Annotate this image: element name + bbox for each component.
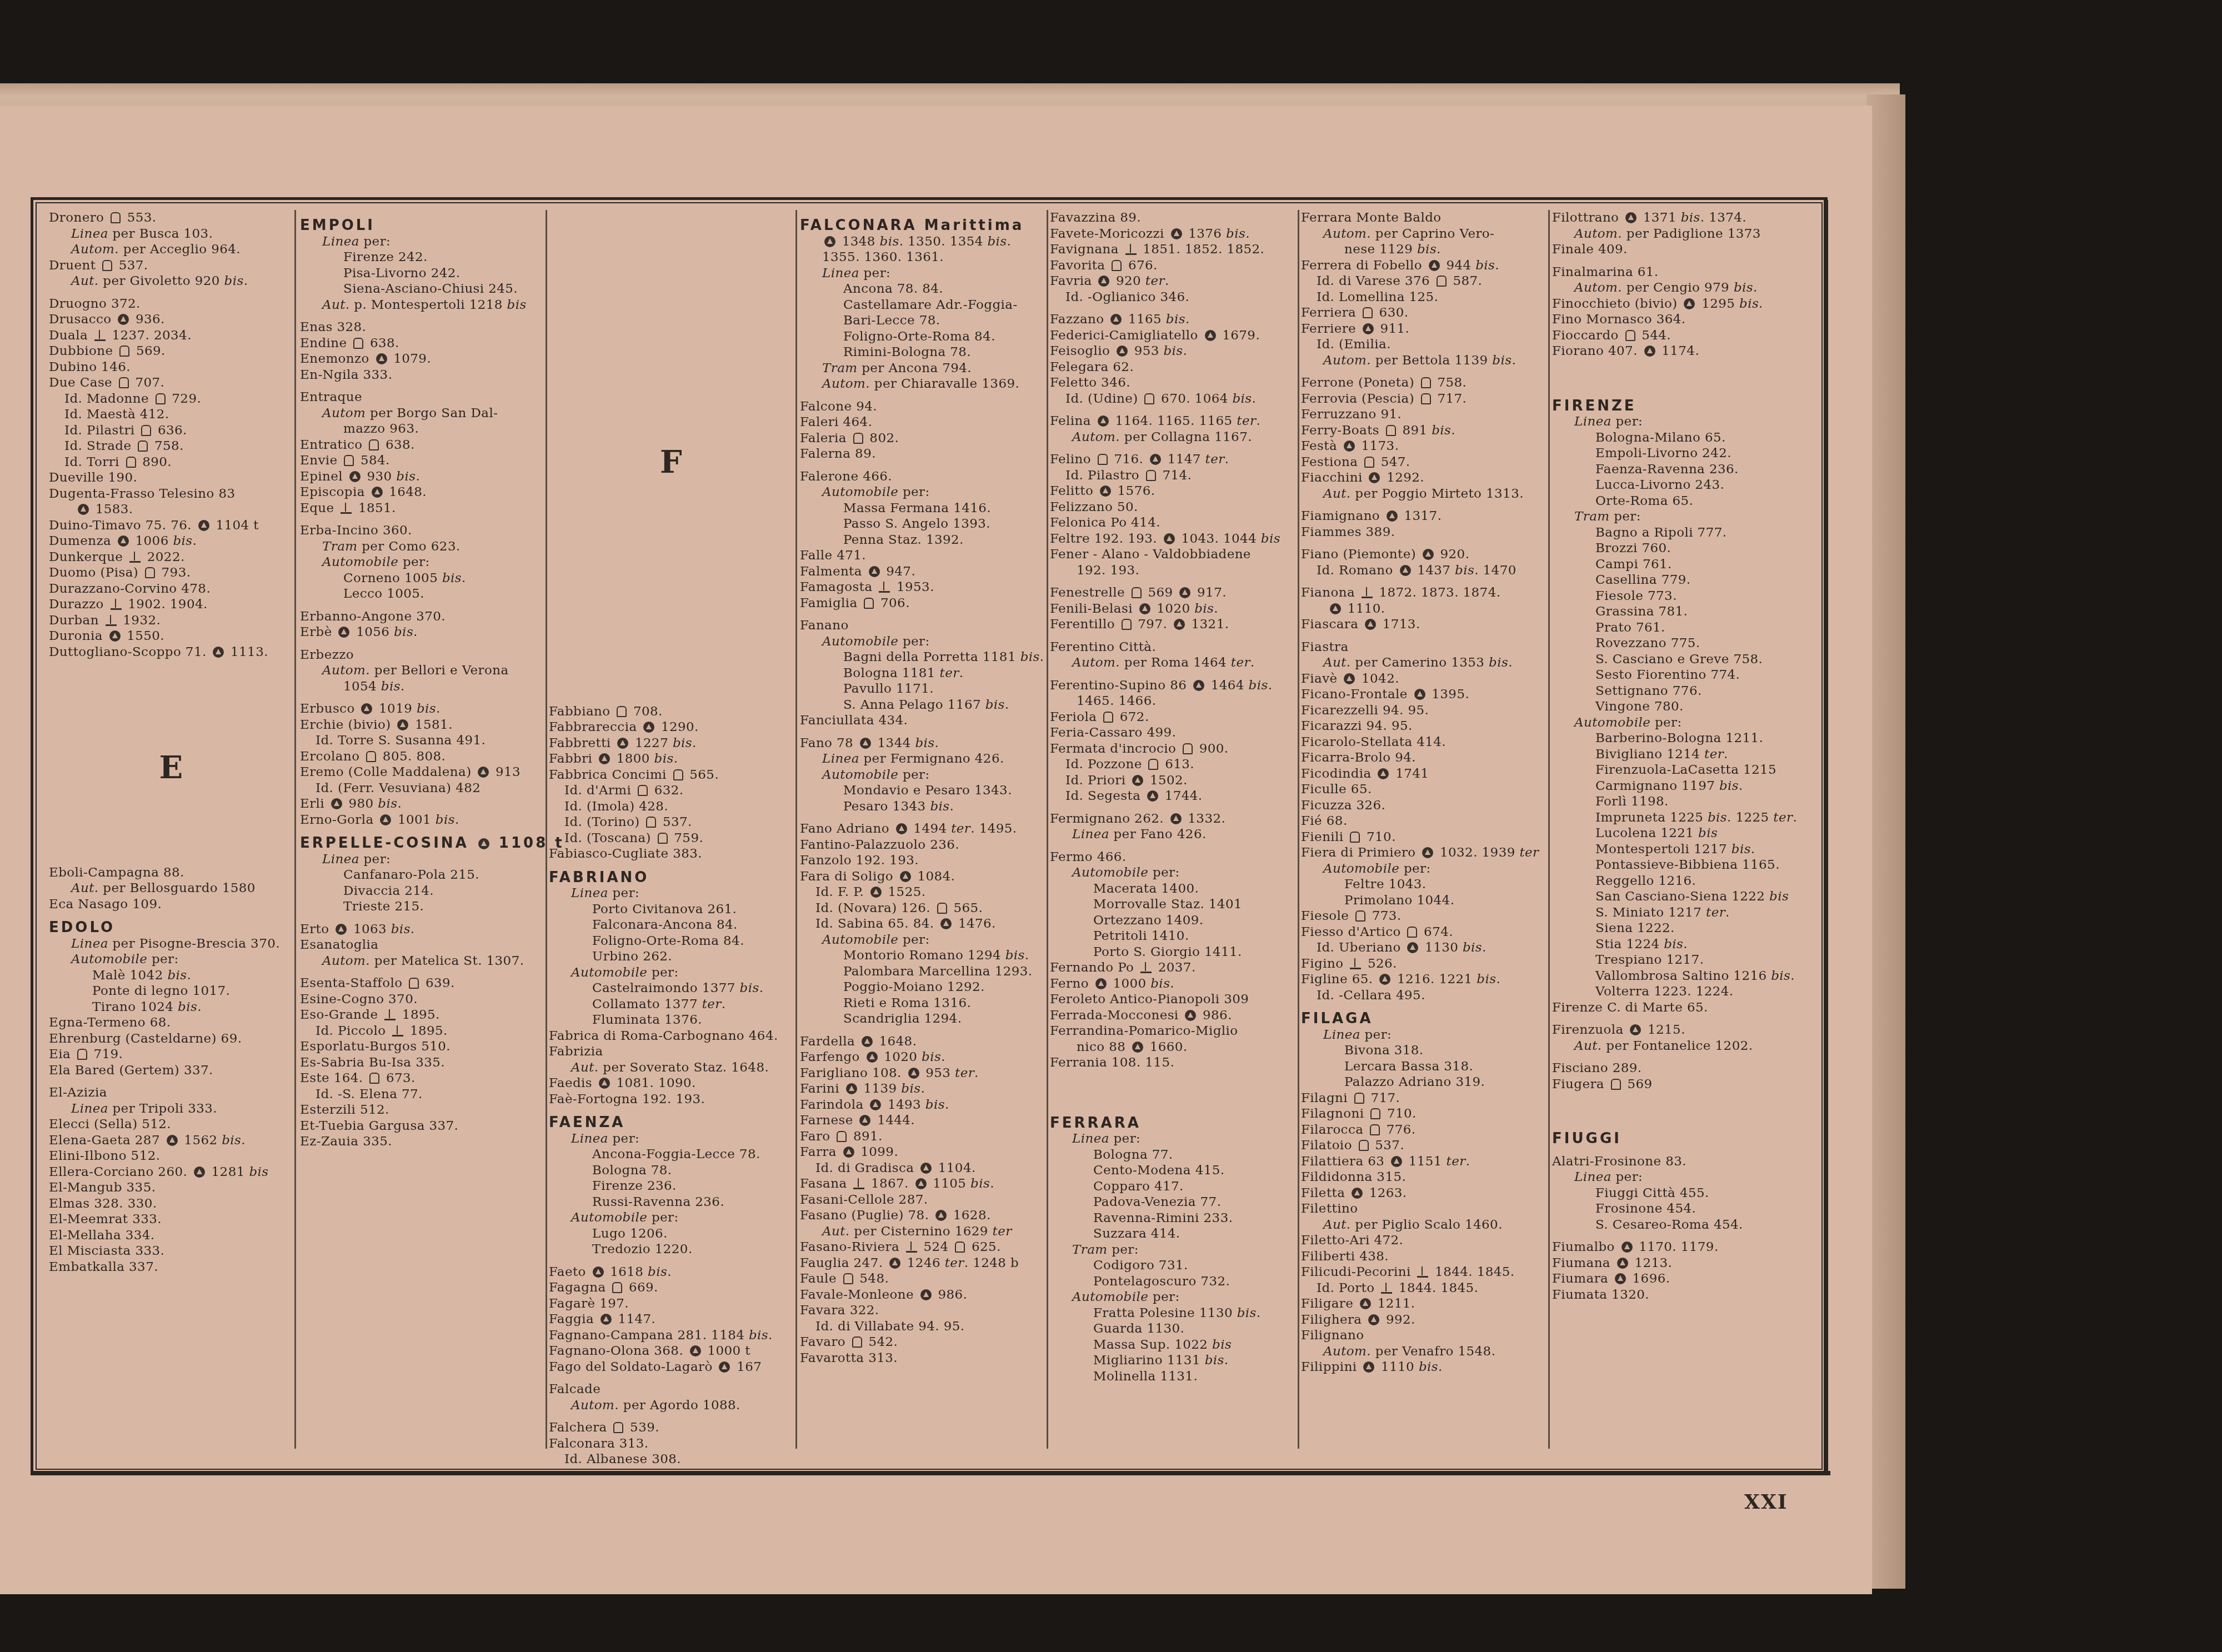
tram-stop-icon <box>119 346 129 357</box>
automobile-stop-icon <box>920 1289 932 1300</box>
ship-anchor-icon <box>1350 958 1361 969</box>
automobile-stop-icon <box>1368 1314 1379 1325</box>
index-entry: Elena-Gaeta 287 1562 bis. <box>49 1133 293 1149</box>
index-entry: Rieti e Roma 1316. <box>800 995 1044 1012</box>
ship-anchor-icon <box>906 1241 917 1253</box>
index-entry: Ferrada-Mocconesi 986. <box>1050 1008 1294 1024</box>
automobile-stop-icon <box>1344 673 1355 684</box>
index-entry: Dumenza 1006 bis. <box>49 533 293 549</box>
index-entry: Tram per Como 623. <box>300 539 544 555</box>
index-entry: Autom. per Padiglione 1373 <box>1552 226 1813 242</box>
index-entry: Linea per: <box>549 885 793 902</box>
index-entry: Epinel 930 bis. <box>300 469 544 485</box>
page-right-edge <box>1866 94 1905 1589</box>
index-entry: Prato 761. <box>1552 620 1813 636</box>
automobile-stop-icon <box>915 1178 927 1189</box>
index-entry: Id. Romano 1437 bis. 1470 <box>1301 563 1545 579</box>
index-entry: Padova-Venezia 77. <box>1050 1194 1294 1210</box>
tram-stop-icon <box>126 457 136 468</box>
index-entry: Settignano 776. <box>1552 683 1813 699</box>
index-entry: Lugo 1206. <box>549 1226 793 1242</box>
index-entry: Ficano-Frontale 1395. <box>1301 687 1545 703</box>
index-entry: Faro 891. <box>800 1129 1044 1145</box>
index-entry: Id. d'Armi 632. <box>549 783 793 799</box>
index-entry: Id. (Novara) 126. 565. <box>800 900 1044 917</box>
automobile-stop-icon <box>843 1147 854 1158</box>
index-entry: Feltre 192. 193. 1043. 1044 bis <box>1050 531 1294 547</box>
index-entry: 1054 bis. <box>300 679 544 695</box>
index-entry: El-Mangub 335. <box>49 1180 293 1196</box>
index-entry: Malè 1042 bis. <box>49 968 293 984</box>
index-heading: FABRIANO <box>549 870 793 886</box>
index-entry: Fabbri 1800 bis. <box>549 751 793 767</box>
tram-stop-icon <box>156 393 166 404</box>
index-entry: Fiesole 773. <box>1552 588 1813 604</box>
index-entry: mazzo 963. <box>300 421 544 437</box>
index-entry: Fauglia 247. 1246 ter. 1248 b <box>800 1255 1044 1271</box>
automobile-stop-icon <box>478 838 489 849</box>
automobile-stop-icon <box>1422 847 1433 858</box>
index-entry: nico 88 1660. <box>1050 1039 1294 1055</box>
index-entry: Druent 537. <box>49 258 293 274</box>
automobile-stop-icon <box>643 722 654 733</box>
index-entry: Empoli-Livorno 242. <box>1552 445 1813 462</box>
index-entry: Siena 1222. <box>1552 920 1813 937</box>
tram-stop-icon <box>1132 587 1142 598</box>
index-entry: Fenestrelle 569 917. <box>1050 585 1294 601</box>
index-entry: Bagno a Ripoli 777. <box>1552 525 1813 541</box>
column-divider <box>1548 210 1550 1449</box>
index-entry: 1348 bis. 1350. 1354 bis. <box>800 234 1044 250</box>
index-entry: Ficarra-Brolo 94. <box>1301 750 1545 766</box>
index-entry: S. Casciano e Greve 758. <box>1552 652 1813 668</box>
index-entry: Fiamignano 1317. <box>1301 508 1545 524</box>
index-entry: Id. Priori 1502. <box>1050 773 1294 789</box>
index-entry: Fratta Polesine 1130 bis. <box>1050 1305 1294 1321</box>
automobile-stop-icon <box>600 1314 612 1325</box>
index-entry: Falchera 539. <box>549 1420 793 1436</box>
index-entry: Filattiera 63 1151 ter. <box>1301 1154 1545 1170</box>
tram-stop-icon <box>1363 307 1373 318</box>
column-divider <box>1298 210 1299 1449</box>
index-entry: Stia 1224 bis. <box>1552 937 1813 953</box>
column-divider <box>294 210 296 1449</box>
index-entry: Aut. per Fontanelice 1202. <box>1552 1038 1813 1054</box>
index-entry: Pesaro 1343 bis. <box>800 799 1044 815</box>
index-entry: Cento-Modena 415. <box>1050 1163 1294 1179</box>
index-entry: Festiona 547. <box>1301 454 1545 470</box>
tram-stop-icon <box>1364 457 1374 468</box>
index-entry: Copparo 417. <box>1050 1179 1294 1195</box>
frame-shadow-right <box>1824 200 1828 1475</box>
index-entry: Autom. per Venafro 1548. <box>1301 1344 1545 1360</box>
index-entry: Petritoli 1410. <box>1050 928 1294 944</box>
index-entry: Mondavio e Pesaro 1343. <box>800 783 1044 799</box>
index-entry: Dubino 146. <box>49 359 293 376</box>
index-column-4: FALCONARA Marittima 1348 bis. 1350. 1354… <box>800 210 1044 1454</box>
index-entry: Id. Sabina 65. 84. 1476. <box>800 916 1044 932</box>
automobile-stop-icon <box>617 738 628 749</box>
index-entry: Faule 548. <box>800 1271 1044 1287</box>
index-entry: Poggio-Moiano 1292. <box>800 979 1044 995</box>
index-entry: Fiuggi Città 455. <box>1552 1185 1813 1202</box>
index-entry: Autom. per Caprino Vero- <box>1301 226 1545 242</box>
tram-stop-icon <box>1421 393 1431 404</box>
index-entry: Duino-Timavo 75. 76. 1104 t <box>49 518 293 534</box>
index-entry: Fabrizia <box>549 1044 793 1060</box>
automobile-stop-icon <box>1095 978 1107 989</box>
index-entry: Esporlatu-Burgos 510. <box>300 1039 544 1055</box>
index-entry: Druogno 372. <box>49 296 293 312</box>
index-entry: Bologna 77. <box>1050 1147 1294 1163</box>
index-entry: En-Ngila 333. <box>300 367 544 383</box>
index-entry: Id. (Udine) 670. 1064 bis. <box>1050 391 1294 407</box>
index-entry: Eca Nasago 109. <box>49 897 293 913</box>
automobile-stop-icon <box>1365 619 1376 630</box>
index-column-2: EMPOLILinea per:Firenze 242.Pisa-Livorno… <box>300 210 544 1454</box>
index-entry: Elini-Ilbono 512. <box>49 1148 293 1164</box>
index-entry: Trieste 215. <box>300 899 544 915</box>
index-entry: Tram per: <box>1552 509 1813 525</box>
index-entry: Felonica Po 414. <box>1050 515 1294 531</box>
index-entry: Fasano-Riviera 524 625. <box>800 1239 1044 1255</box>
index-heading: FAENZA <box>549 1115 793 1131</box>
automobile-stop-icon <box>331 798 342 809</box>
index-entry: Erbè 1056 bis. <box>300 624 544 640</box>
automobile-stop-icon <box>889 1258 900 1269</box>
index-entry: Tredozio 1220. <box>549 1241 793 1258</box>
index-entry: Fiumana 1213. <box>1552 1255 1813 1271</box>
index-entry: Automobile per: <box>800 767 1044 783</box>
index-entry: Linea per: <box>1050 1131 1294 1147</box>
index-entry: Figline 65. 1216. 1221 bis. <box>1301 972 1545 988</box>
index-entry: Primolano 1044. <box>1301 893 1545 909</box>
index-entry: Id. Pilastri 636. <box>49 423 293 439</box>
index-entry: Famagosta 1953. <box>800 579 1044 595</box>
tram-stop-icon <box>1359 1140 1369 1151</box>
automobile-stop-icon <box>1185 1010 1196 1021</box>
index-heading: EMPOLI <box>300 218 544 234</box>
ship-anchor-icon <box>94 330 106 341</box>
page-number: XXI <box>1744 1490 1788 1514</box>
automobile-stop-icon <box>1117 346 1128 357</box>
index-entry: Farindola 1493 bis. <box>800 1097 1044 1113</box>
index-entry: Drusacco 936. <box>49 312 293 328</box>
index-entry: Fagagna 669. <box>549 1280 793 1296</box>
index-entry: Autom. per Bellori e Verona <box>300 663 544 679</box>
index-entry: Foligno-Orte-Roma 84. <box>549 933 793 949</box>
index-entry: Fiacchini 1292. <box>1301 470 1545 486</box>
index-entry: Id. (Toscana) 759. <box>549 830 793 847</box>
index-entry: Fiesso d'Artico 674. <box>1301 924 1545 940</box>
index-entry: Fagarè 197. <box>549 1296 793 1312</box>
index-entry: Favara 322. <box>800 1303 1044 1319</box>
index-entry: Erbanno-Angone 370. <box>300 609 544 625</box>
index-entry: Automobile per: <box>800 932 1044 948</box>
index-entry: Barberino-Bologna 1211. <box>1552 730 1813 747</box>
index-entry: Linea per: <box>300 852 544 868</box>
index-entry: Filippini 1110 bis. <box>1301 1359 1545 1375</box>
index-entry: Fisciano 289. <box>1552 1060 1813 1077</box>
index-entry: Filiberti 438. <box>1301 1249 1545 1265</box>
index-entry: Eque 1851. <box>300 500 544 517</box>
index-entry: Filettino <box>1301 1201 1545 1217</box>
index-entry: Id. di Varese 376 587. <box>1301 273 1545 289</box>
tram-stop-icon <box>366 751 376 762</box>
index-entry: Autom. per Collagna 1167. <box>1050 429 1294 445</box>
index-entry: Filatoio 537. <box>1301 1138 1545 1154</box>
index-entry: Ancona 78. 84. <box>800 281 1044 297</box>
index-entry: Migliarino 1131 bis. <box>1050 1353 1294 1369</box>
index-entry: Fantino-Palazzuolo 236. <box>800 837 1044 853</box>
index-entry: 1355. 1360. 1361. <box>800 249 1044 266</box>
index-entry: Fiesole 773. <box>1301 908 1545 924</box>
index-entry: Fiano (Piemonte) 920. <box>1301 547 1545 563</box>
index-entry: Id. (Ferr. Vesuviana) 482 <box>300 780 544 797</box>
automobile-stop-icon <box>336 924 347 935</box>
index-entry: Erto 1063 bis. <box>300 922 544 938</box>
index-entry: Embatkalla 337. <box>49 1259 293 1275</box>
index-entry: Favazzina 89. <box>1050 210 1294 226</box>
automobile-stop-icon <box>690 1345 701 1356</box>
index-entry: Favale-Monleone 986. <box>800 1287 1044 1303</box>
index-entry: Ercolano 805. 808. <box>300 749 544 765</box>
index-entry: Farra 1099. <box>800 1144 1044 1160</box>
index-entry: Pavullo 1171. <box>800 681 1044 697</box>
automobile-stop-icon <box>1147 790 1158 802</box>
index-entry: Ferrandina-Pomarico-Miglio <box>1050 1023 1294 1039</box>
index-entry: Dubbione 569. <box>49 343 293 359</box>
index-entry: Linea per: <box>1552 1169 1813 1185</box>
automobile-stop-icon <box>862 1036 873 1047</box>
index-entry: Egna-Termeno 68. <box>49 1015 293 1031</box>
index-entry: San Casciano-Siena 1222 bis <box>1552 889 1813 905</box>
automobile-stop-icon <box>478 767 489 778</box>
tram-stop-icon <box>1183 743 1193 754</box>
tram-stop-icon <box>1148 759 1158 770</box>
tram-stop-icon <box>102 260 112 271</box>
index-entry: Endine 638. <box>300 336 544 352</box>
automobile-stop-icon <box>1400 565 1411 576</box>
index-entry: Rovezzano 775. <box>1552 635 1813 652</box>
tram-stop-icon <box>1146 470 1156 481</box>
index-entry: Aut. per Poggio Mirteto 1313. <box>1301 486 1545 502</box>
index-entry: Tram per: <box>1050 1242 1294 1258</box>
index-heading: EDOLO <box>49 920 293 936</box>
index-entry: Linea per Pisogne-Brescia 370. <box>49 936 293 952</box>
ship-anchor-icon <box>111 599 122 610</box>
index-heading: ERPELLE-COSINA 1108 t <box>300 835 544 852</box>
index-entry: Filigare 1211. <box>1301 1296 1545 1312</box>
tram-stop-icon <box>937 903 947 914</box>
index-entry: Id. Torri 890. <box>49 454 293 470</box>
automobile-stop-icon <box>1617 1258 1628 1269</box>
index-entry: Ortezzano 1409. <box>1050 913 1294 929</box>
index-entry: Fiumara 1696. <box>1552 1271 1813 1287</box>
index-heading: FILAGA <box>1301 1011 1545 1027</box>
tram-stop-icon <box>1354 1093 1364 1104</box>
index-entry: Lercara Bassa 318. <box>1301 1059 1545 1075</box>
index-entry: 1583. <box>49 502 293 518</box>
index-entry: Filetta 1263. <box>1301 1185 1545 1202</box>
index-entry: Scandriglia 1294. <box>800 1011 1044 1027</box>
index-column-6: Ferrara Monte BaldoAutom. per Caprino Ve… <box>1301 210 1545 1454</box>
index-entry: Pontassieve-Bibbiena 1165. <box>1552 857 1813 873</box>
index-entry: Falle 471. <box>800 548 1044 564</box>
index-entry: Linea per: <box>1301 1027 1545 1043</box>
automobile-stop-icon <box>1098 415 1109 427</box>
index-entry: Corneno 1005 bis. <box>300 570 544 587</box>
index-entry: Ferno 1000 bis. <box>1050 976 1294 992</box>
index-entry: Palazzo Adriano 319. <box>1301 1074 1545 1090</box>
index-entry: Episcopia 1648. <box>300 484 544 500</box>
index-entry: Molinella 1131. <box>1050 1369 1294 1385</box>
index-entry: Fanano <box>800 618 1044 634</box>
index-entry: Automobile per: <box>1552 715 1813 731</box>
index-entry: Ellera-Corciano 260. 1281 bis <box>49 1164 293 1180</box>
automobile-stop-icon <box>1360 1298 1371 1309</box>
automobile-stop-icon <box>1414 689 1425 700</box>
index-entry: Ferrera di Fobello 944 bis. <box>1301 258 1545 274</box>
ship-anchor-icon <box>1125 244 1137 255</box>
tram-stop-icon <box>77 1049 87 1060</box>
index-entry: Filicudi-Pecorini 1844. 1845. <box>1301 1264 1545 1280</box>
index-entry: Falmenta 947. <box>800 564 1044 580</box>
tram-stop-icon <box>658 833 668 844</box>
index-entry: Filighera 992. <box>1301 1312 1545 1328</box>
automobile-stop-icon <box>118 314 129 325</box>
automobile-stop-icon <box>1193 680 1204 691</box>
index-entry: Entratico 638. <box>300 437 544 453</box>
index-entry: Macerata 1400. <box>1050 881 1294 897</box>
index-entry: Linea per Busca 103. <box>49 226 293 242</box>
index-entry: Id. Pozzone 613. <box>1050 757 1294 773</box>
index-entry: Canfanaro-Pola 215. <box>300 867 544 883</box>
index-entry: Fara di Soligo 1084. <box>800 869 1044 885</box>
automobile-stop-icon <box>1330 603 1341 614</box>
automobile-stop-icon <box>1391 1156 1402 1167</box>
automobile-stop-icon <box>372 487 383 498</box>
index-entry: Esanatoglia <box>300 937 544 953</box>
index-entry: Grassina 781. <box>1552 604 1813 620</box>
index-entry: Fagnano-Olona 368. 1000 t <box>549 1343 793 1359</box>
index-entry: Feletto 346. <box>1050 375 1294 391</box>
index-entry: Collamato 1377 ter. <box>549 997 793 1013</box>
index-entry: Favria 920 ter. <box>1050 273 1294 289</box>
index-entry: Favaro 542. <box>800 1334 1044 1350</box>
index-entry: Fabbrareccia 1290. <box>549 719 793 735</box>
tram-stop-icon <box>1611 1079 1621 1090</box>
index-entry: Linea per Fano 426. <box>1050 827 1294 843</box>
index-entry: Federici-Camigliatello 1679. <box>1050 328 1294 344</box>
automobile-stop-icon <box>719 1361 730 1373</box>
automobile-stop-icon <box>167 1135 178 1146</box>
index-entry: Autom. per Chiaravalle 1369. <box>800 376 1044 392</box>
index-entry: Id. Albanese 308. <box>549 1451 793 1468</box>
automobile-stop-icon <box>1132 1042 1143 1053</box>
index-entry: Frosinone 454. <box>1552 1201 1813 1217</box>
index-entry: Fener - Alano - Valdobbiadene <box>1050 547 1294 563</box>
index-entry: Automobile per: <box>549 965 793 981</box>
index-entry: Id. Piccolo 1895. <box>300 1023 544 1039</box>
index-entry: Faè-Fortogna 192. 193. <box>549 1092 793 1108</box>
index-entry: Envie 584. <box>300 453 544 469</box>
automobile-stop-icon <box>1407 942 1418 953</box>
index-entry: Famiglia 706. <box>800 595 1044 612</box>
ship-anchor-icon <box>1140 962 1152 973</box>
index-entry: Automobile per: <box>1301 861 1545 877</box>
index-entry: Fioccardo 544. <box>1552 328 1813 344</box>
index-entry: Fermo 466. <box>1050 849 1294 865</box>
index-entry: Fiera di Primiero 1032. 1939 ter <box>1301 845 1545 861</box>
index-entry: Linea per: <box>1552 414 1813 430</box>
section-letter: E <box>49 760 293 776</box>
index-entry: El Misciasta 333. <box>49 1243 293 1259</box>
tram-stop-icon <box>1350 832 1360 843</box>
automobile-stop-icon <box>1132 775 1143 786</box>
index-entry: Faedis 1081. 1090. <box>549 1075 793 1092</box>
index-entry: Automobile per: <box>1050 1289 1294 1305</box>
index-entry: Aut. per Givoletto 920 bis. <box>49 273 293 289</box>
index-entry: Erchie (bivio) 1581. <box>300 717 544 733</box>
automobile-stop-icon <box>1378 768 1389 779</box>
automobile-stop-icon <box>194 1167 205 1178</box>
automobile-stop-icon <box>1174 619 1185 630</box>
index-entry: nese 1129 bis. <box>1301 242 1545 258</box>
index-entry: Eso-Grande 1895. <box>300 1007 544 1023</box>
index-entry: Faenza-Ravenna 236. <box>1552 462 1813 478</box>
tram-stop-icon <box>1386 425 1396 436</box>
automobile-stop-icon <box>896 823 907 834</box>
index-entry: Trespiano 1217. <box>1552 952 1813 968</box>
index-entry: Ficuzza 326. <box>1301 798 1545 814</box>
index-entry: Ferriera 630. <box>1301 305 1545 321</box>
index-entry: Foligno-Orte-Roma 84. <box>800 329 1044 345</box>
index-entry: Felina 1164. 1165. 1165 ter. <box>1050 413 1294 429</box>
index-entry: Felitto 1576. <box>1050 483 1294 499</box>
index-entry: Fasani-Cellole 287. <box>800 1192 1044 1208</box>
index-entry: Impruneta 1225 bis. 1225 ter. <box>1552 810 1813 826</box>
index-entry: Fazzano 1165 bis. <box>1050 312 1294 328</box>
index-entry: Filagni 717. <box>1301 1090 1545 1107</box>
index-entry: Fluminata 1376. <box>549 1012 793 1028</box>
index-entry: Urbino 262. <box>549 949 793 965</box>
index-entry: Falcade <box>549 1381 793 1398</box>
tram-stop-icon <box>638 785 648 796</box>
tram-stop-icon <box>843 1273 853 1284</box>
automobile-stop-icon <box>860 738 871 749</box>
automobile-stop-icon <box>1164 533 1175 544</box>
index-entry: Aut. p. Montespertoli 1218 bis <box>300 297 544 313</box>
index-entry: Falconara 313. <box>549 1436 793 1452</box>
automobile-stop-icon <box>1363 323 1374 334</box>
index-entry: Carmignano 1197 bis. <box>1552 778 1813 794</box>
index-entry: Finocchieto (bivio) 1295 bis. <box>1552 296 1813 312</box>
automobile-stop-icon <box>908 1068 919 1079</box>
index-entry: Volterra 1223. 1224. <box>1552 984 1813 1000</box>
automobile-stop-icon <box>361 703 372 714</box>
tram-stop-icon <box>111 212 121 223</box>
index-entry: Id. Lomellina 125. <box>1301 289 1545 306</box>
index-entry: Fié 68. <box>1301 813 1545 829</box>
index-entry: Dronero 553. <box>49 210 293 226</box>
ship-anchor-icon <box>129 552 141 563</box>
index-entry: Rimini-Bologna 78. <box>800 344 1044 361</box>
index-entry: Campi 761. <box>1552 557 1813 573</box>
automobile-stop-icon <box>867 1052 878 1063</box>
index-entry: Eia 719. <box>49 1047 293 1063</box>
index-entry: Falconara-Ancona 84. <box>549 917 793 933</box>
